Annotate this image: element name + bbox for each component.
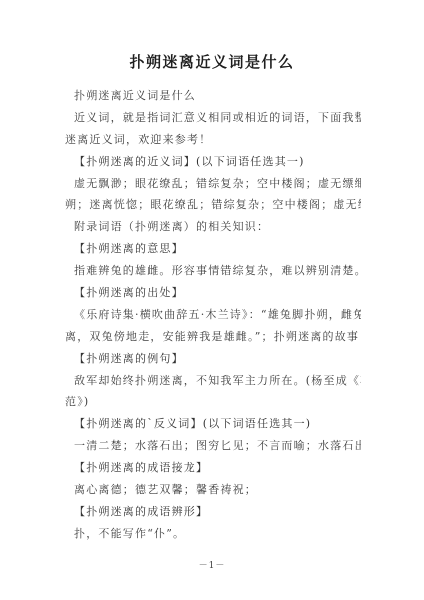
section-heading-source: 【扑朔迷离的出处】 — [65, 286, 361, 308]
paragraph-line: 离，双兔傍地走，安能辨我是雄雌。”；扑朔迷离的故事 — [65, 330, 361, 352]
paragraph-line: 扑朔迷离近义词是什么 — [65, 89, 361, 111]
paragraph-line: 范》) — [65, 395, 361, 417]
paragraph-line: 指难辨兔的雄雌。形容事情错综复杂，难以辨别清楚。 — [65, 264, 361, 286]
paragraph-line: 附录词语（扑朔迷离）的相关知识： — [65, 220, 361, 242]
paragraph-line: 敌军却始终扑朔迷离，不知我军主力所在。(杨至成《巧使敌人就 — [65, 374, 361, 396]
paragraph-line: 迷离近义词，欢迎来参考！ — [65, 133, 361, 155]
paragraph-line: 朔；迷离恍惚；眼花缭乱；错综复杂；空中楼阁；虚无缥缈； — [65, 198, 361, 220]
section-heading-idiom-chain: 【扑朔迷离的成语接龙】 — [65, 461, 361, 483]
document-title: 扑朔迷离近义词是什么 — [0, 51, 424, 72]
document-page: 扑朔迷离近义词是什么 扑朔迷离近义词是什么 近义词，就是指词汇意义相同或相近的词… — [0, 0, 424, 600]
paragraph-line: 《乐府诗集·横吹曲辞五·木兰诗》：“雄兔脚扑朔，雌兔眼迷 — [65, 308, 361, 330]
section-heading-meaning: 【扑朔迷离的意思】 — [65, 242, 361, 264]
paragraph-line: 一清二楚；水落石出；图穷匕见；不言而喻；水落石出； — [65, 439, 361, 461]
section-heading-example: 【扑朔迷离的例句】 — [65, 352, 361, 374]
section-heading-form-distinction: 【扑朔迷离的成语辨形】 — [65, 505, 361, 527]
section-heading-antonyms: 【扑朔迷离的`反义词】(以下词语任选其一) — [65, 417, 361, 439]
paragraph-line: 近义词，就是指词汇意义相同或相近的词语，下面我整理的扑朔 — [65, 111, 361, 133]
document-body: 扑朔迷离近义词是什么 近义词，就是指词汇意义相同或相近的词语，下面我整理的扑朔 … — [65, 89, 361, 549]
section-heading-synonyms: 【扑朔迷离的近义词】(以下词语任选其一) — [65, 155, 361, 177]
page-number: －1－ — [0, 558, 424, 571]
paragraph-line: 离心离德；德艺双馨；馨香祷祝； — [65, 483, 361, 505]
paragraph-line: 扑，不能写作“仆”。 — [65, 527, 361, 549]
paragraph-line: 虚无飘渺；眼花缭乱；错综复杂；空中楼阁；虚无缥缈；迷离扑 — [65, 177, 361, 199]
